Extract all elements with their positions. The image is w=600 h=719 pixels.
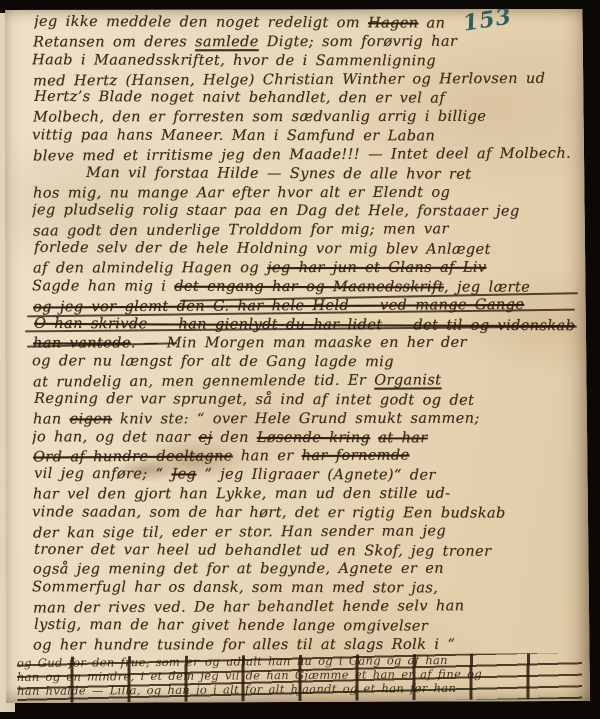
manuscript-line: Retansen om deres samlede Digte; som for…	[33, 32, 584, 52]
text-segment: han er	[233, 448, 302, 464]
text-segment: vittig paa hans Maneer. Man i Samfund er…	[32, 127, 435, 144]
struck-text: ej	[198, 429, 212, 445]
text-segment: han	[33, 411, 70, 427]
text-segment: vinde saadan, som de har hørt, det er ri…	[32, 504, 506, 521]
text-segment: Regning der var sprunget, så ind af inte…	[34, 391, 474, 409]
text-segment: Haab i Maanedsskriftet, hvor de i Sammen…	[32, 52, 436, 69]
struck-text: Ord af hundre deeltagne	[33, 449, 233, 466]
text-segment: Retansen om deres	[33, 34, 195, 50]
text-segment: Digte; som forøvrig har	[259, 34, 458, 50]
text-segment: man der rives ved. De har behandlet hend…	[33, 598, 464, 616]
underlined-text: Organist	[374, 372, 441, 388]
text-segment: bleve med et irritisme jeg den Maade!!! …	[33, 146, 571, 165]
manuscript-line: jeg pludselig rolig staar paa en Dag det…	[32, 202, 583, 222]
text-segment: lystig, man de har givet hende lange omg…	[34, 617, 428, 635]
manuscript-line: vinde saadan, som de har hørt, det er ri…	[32, 503, 583, 523]
text-segment: troner det var heel ud behandlet ud en S…	[34, 541, 491, 559]
manuscript-line: forlede selv der de hele Holdning vor mi…	[34, 239, 585, 260]
manuscript-line: han eigen kniv ste: “ over Hele Grund sm…	[33, 409, 584, 429]
text-segment: an	[418, 15, 445, 31]
manuscript-page: 153 jeg ikke meddele den noget redeligt …	[5, 9, 590, 703]
struck-text: Løsende kring	[257, 429, 370, 445]
struck-text: at har	[378, 430, 427, 446]
scanner-background: 153 jeg ikke meddele den noget redeligt …	[0, 0, 600, 719]
text-segment: hos mig, nu mange Aar efter hvor alt er …	[33, 184, 450, 201]
manuscript-line: og her hundre tusinde for alles til at s…	[33, 635, 584, 655]
text-segment: Hertz’s Blade noget naivt behandlet, den…	[34, 89, 445, 107]
manuscript-line: Molbech, den er forresten som sædvanlig …	[33, 108, 584, 128]
manuscript-text: jeg ikke meddele den noget redeligt om H…	[33, 14, 584, 655]
struck-text: Hagen	[368, 15, 419, 31]
text-segment: . — Min Morgen man maaske en her der	[131, 335, 467, 352]
manuscript-line: Man vil forstaa Hilde — Synes de alle hv…	[34, 164, 585, 185]
text-segment: af den almindelig Hagen og	[33, 260, 267, 276]
text-segment: har vel den gjort han Lykke, man ud den …	[33, 486, 450, 503]
manuscript-line: Sommerfugl har os dansk, som man med sto…	[32, 579, 583, 599]
struck-text: jeg har jun et Glans af Liv	[267, 260, 486, 276]
crossed-out-line: og Gud for den frue, som er og udtalt ha…	[17, 653, 582, 671]
crossed-out-block: og Gud for den frue, som er og udtalt ha…	[17, 653, 582, 703]
manuscript-line: troner det var heel ud behandlet ud en S…	[34, 540, 585, 561]
manuscript-line: Regning der var sprunget, så ind af inte…	[34, 390, 585, 411]
text-segment: Sommerfugl har os dansk, som man med sto…	[32, 580, 438, 597]
struck-text: har fornemde	[302, 448, 410, 465]
text-segment: der kan sige til, eder er stor. Han send…	[33, 523, 446, 541]
text-segment: Sagde han mig i	[32, 278, 174, 294]
manuscript-line: O han skrivde — han gienlydt du har lide…	[34, 314, 585, 335]
manuscript-line: af den almindelig Hagen og jeg har jun e…	[33, 258, 584, 278]
manuscript-line: Haab i Maanedsskriftet, hvor de i Sammen…	[32, 51, 583, 71]
text-segment: at rundelig an, men gennemlende tid. Er	[33, 373, 374, 391]
manuscript-line: Hertz’s Blade noget naivt behandlet, den…	[34, 88, 585, 109]
text-segment	[370, 430, 378, 446]
text-segment: saa godt den underlige Trolddom for mig;…	[33, 222, 449, 240]
text-segment: forlede selv der de hele Holdning vor mi…	[34, 240, 491, 258]
struck-text: Jeg	[171, 467, 196, 483]
text-segment: vil jeg anføre; “	[34, 466, 171, 483]
text-segment: jeg ikke meddele den noget redeligt om	[34, 14, 368, 31]
text-segment: den	[212, 429, 256, 445]
manuscript-line: har vel den gjort han Lykke, man ud den …	[33, 485, 584, 505]
manuscript-line: der kan sige til, eder er stor. Han send…	[33, 521, 584, 543]
text-segment: Molbech, den er forresten som sædvanlig …	[33, 109, 486, 126]
crossed-out-line: han og en mindre, i et dem jeg vil de ha…	[17, 667, 582, 685]
text-segment: “ jeg Iligraaer (Agnete)“ der	[196, 467, 436, 484]
manuscript-line: også jeg mening det for at begynde, Agne…	[33, 560, 584, 580]
manuscript-line: og der nu længst for alt de Gang lagde m…	[32, 352, 583, 372]
text-segment: Man vil forstaa Hilde — Synes de alle hv…	[86, 165, 472, 183]
text-segment: kniv ste: “ over Hele Grund smukt sammen…	[112, 410, 480, 427]
manuscript-line: lystig, man de har givet hende lange omg…	[34, 616, 585, 637]
manuscript-line: bleve med et irritisme jeg den Maade!!! …	[33, 144, 584, 166]
crossed-out-line: han hvalde — Lilla, og han jo i alt for …	[17, 681, 582, 699]
text-segment: og her hundre tusinde for alles til at s…	[33, 637, 455, 654]
manuscript-line: vittig paa hans Maneer. Man i Samfund er…	[32, 126, 583, 146]
text-segment: med Hertz (Hansen, Helge) Christian Wint…	[33, 70, 545, 89]
manuscript-line: hos mig, nu mange Aar efter hvor alt er …	[33, 183, 584, 203]
text-segment: jeg pludselig rolig staar paa en Dag det…	[32, 203, 520, 220]
underlined-text: samlede	[195, 34, 259, 50]
text-segment: jo han, og det naar	[32, 429, 199, 445]
text-segment: også jeg mening det for at begynde, Agne…	[33, 561, 444, 578]
struck-text: eigen	[70, 411, 112, 427]
manuscript-line: vil jeg anføre; “ Jeg “ jeg Iligraaer (A…	[34, 465, 585, 486]
manuscript-line: jeg ikke meddele den noget redeligt om H…	[34, 13, 585, 34]
manuscript-line: at rundelig an, men gennemlende tid. Er …	[33, 371, 584, 393]
text-segment: og der nu længst for alt de Gang lagde m…	[32, 353, 394, 370]
struck-text: det engang har og Maanedsskrift	[174, 278, 444, 295]
